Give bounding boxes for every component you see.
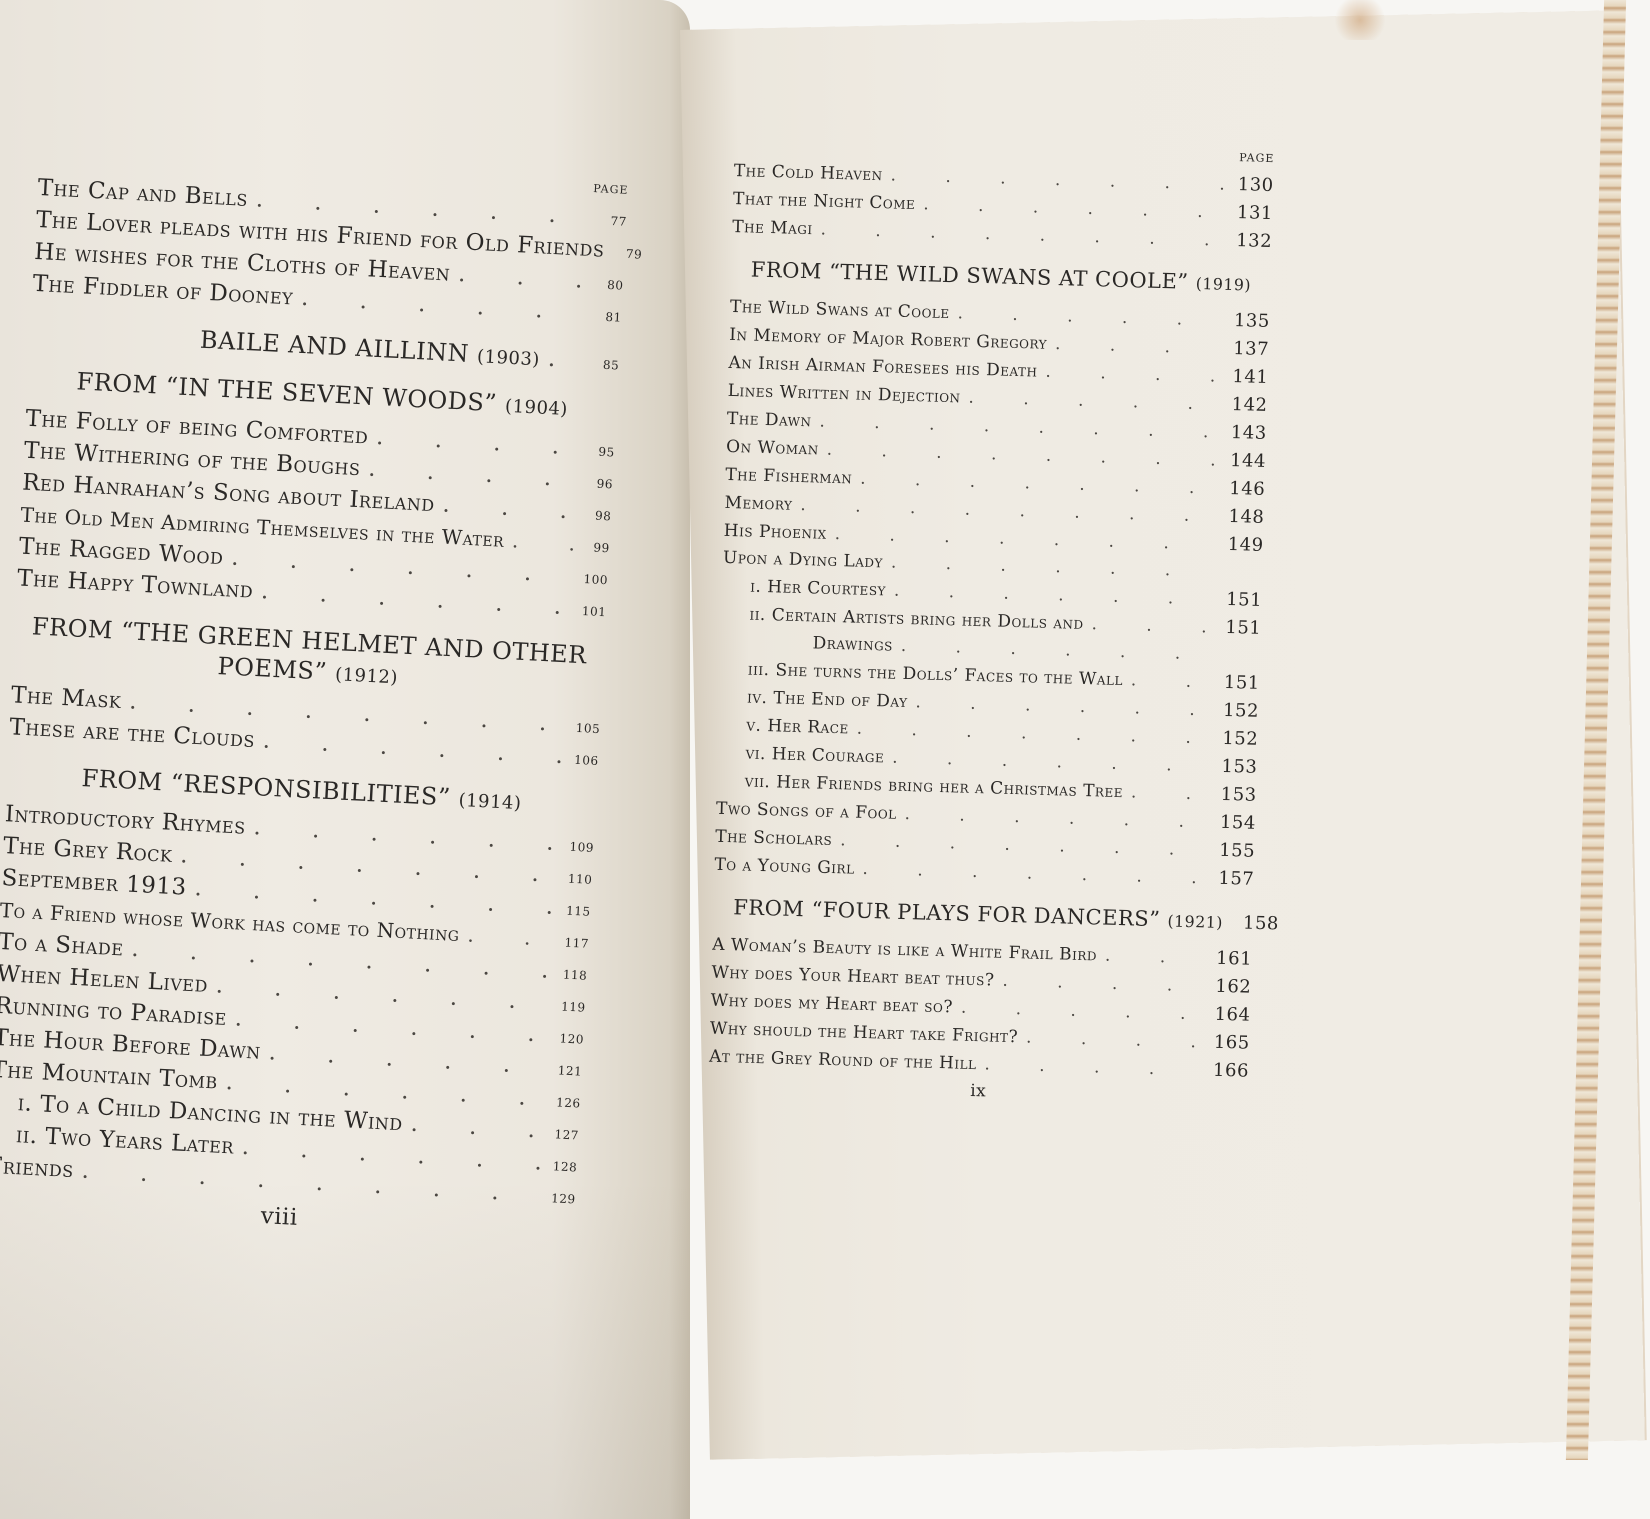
open-book: Page The Cap and Bells77 The Lover plead… xyxy=(0,0,1650,1519)
section-heading: From “The Wild Swans at Coole” (1919) xyxy=(731,255,1272,300)
foxing-stain xyxy=(1330,0,1390,40)
section-heading: From “Four Plays for Dancers” (1921)158 xyxy=(713,893,1254,938)
left-contents: Page The Cap and Bells77 The Lover plead… xyxy=(0,145,629,1247)
right-contents: Page The Cold Heaven130 That the Night C… xyxy=(708,130,1275,1113)
